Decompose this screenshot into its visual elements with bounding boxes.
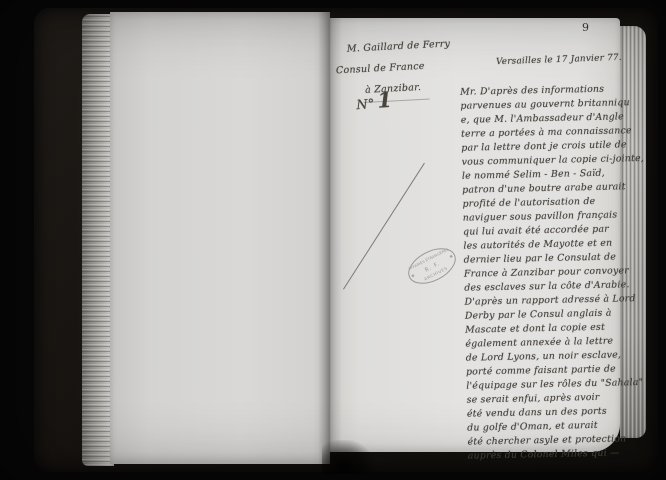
page-gutter-shadow <box>318 12 342 464</box>
left-blank-page <box>110 12 330 464</box>
right-manuscript-page: 9 M. Gaillard de Ferry Consul de France … <box>330 18 620 452</box>
stamp-left-star-icon: ✱ <box>410 272 416 278</box>
document-number-value: 1 <box>376 87 393 113</box>
gutter-bottom-shadow <box>322 440 374 474</box>
letter-dateline: Versailles le 17 Janvier 77. <box>496 53 622 67</box>
addressee-block: M. Gaillard de Ferry Consul de France à … <box>334 33 467 105</box>
letter-body: Mr. D'après des informationsparvenues au… <box>460 82 628 463</box>
archives-oval-stamp: AFFAIRES ÉTRANGÈRES R. F. ARCHIVES ✱ ✱ <box>398 235 466 296</box>
page-number: 9 <box>582 21 589 34</box>
photo-of-open-register: 9 M. Gaillard de Ferry Consul de France … <box>0 0 666 480</box>
document-number: N°1 <box>355 87 393 114</box>
document-number-label: N° <box>356 97 375 113</box>
